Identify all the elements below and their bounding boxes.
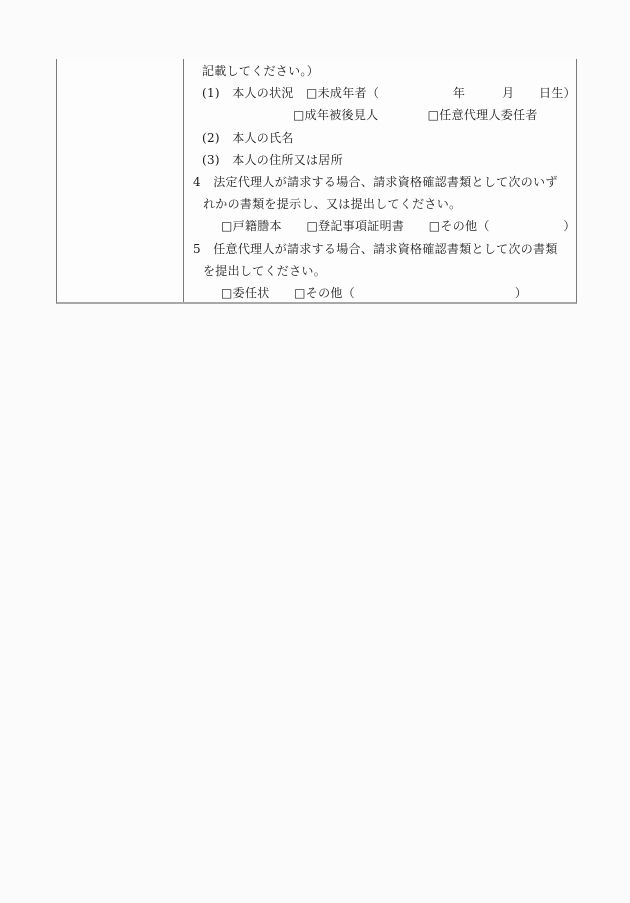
table-left-column-empty bbox=[57, 59, 184, 302]
item-1-principal-status: (1) 本人の状況 □未成年者（ 年 月 日生） bbox=[184, 82, 576, 104]
document-page: { "colors": { "table_border": "#7a7a7a",… bbox=[0, 0, 630, 903]
item-4-document-checkboxes: □戸籍謄本 □登記事項証明書 □その他（ ） bbox=[184, 215, 576, 237]
table-right-column: 記載してください。）(1) 本人の状況 □未成年者（ 年 月 日生）□成年被後見… bbox=[184, 59, 576, 302]
item-1-status-options-2: □成年被後見人 □任意代理人委任者 bbox=[184, 104, 576, 126]
item-3-principal-address: (3) 本人の住所又は居所 bbox=[184, 149, 576, 171]
table-text-content: 記載してください。）(1) 本人の状況 □未成年者（ 年 月 日生）□成年被後見… bbox=[184, 60, 576, 302]
item-5-document-checkboxes: □委任状 □その他（ ） bbox=[184, 282, 576, 302]
note-closing-line: 記載してください。） bbox=[184, 60, 576, 82]
item-5-heading-continued: を提出してください。 bbox=[184, 260, 576, 282]
item-4-heading-continued: れかの書類を提示し、又は提出してください。 bbox=[184, 193, 576, 215]
item-5-voluntary-rep-heading: 5 任意代理人が請求する場合、請求資格確認書類として次の書類 bbox=[184, 238, 576, 260]
item-4-legal-rep-heading: 4 法定代理人が請求する場合、請求資格確認書類として次のいず bbox=[184, 171, 576, 193]
form-table: 記載してください。）(1) 本人の状況 □未成年者（ 年 月 日生）□成年被後見… bbox=[56, 59, 577, 304]
item-2-principal-name: (2) 本人の氏名 bbox=[184, 127, 576, 149]
